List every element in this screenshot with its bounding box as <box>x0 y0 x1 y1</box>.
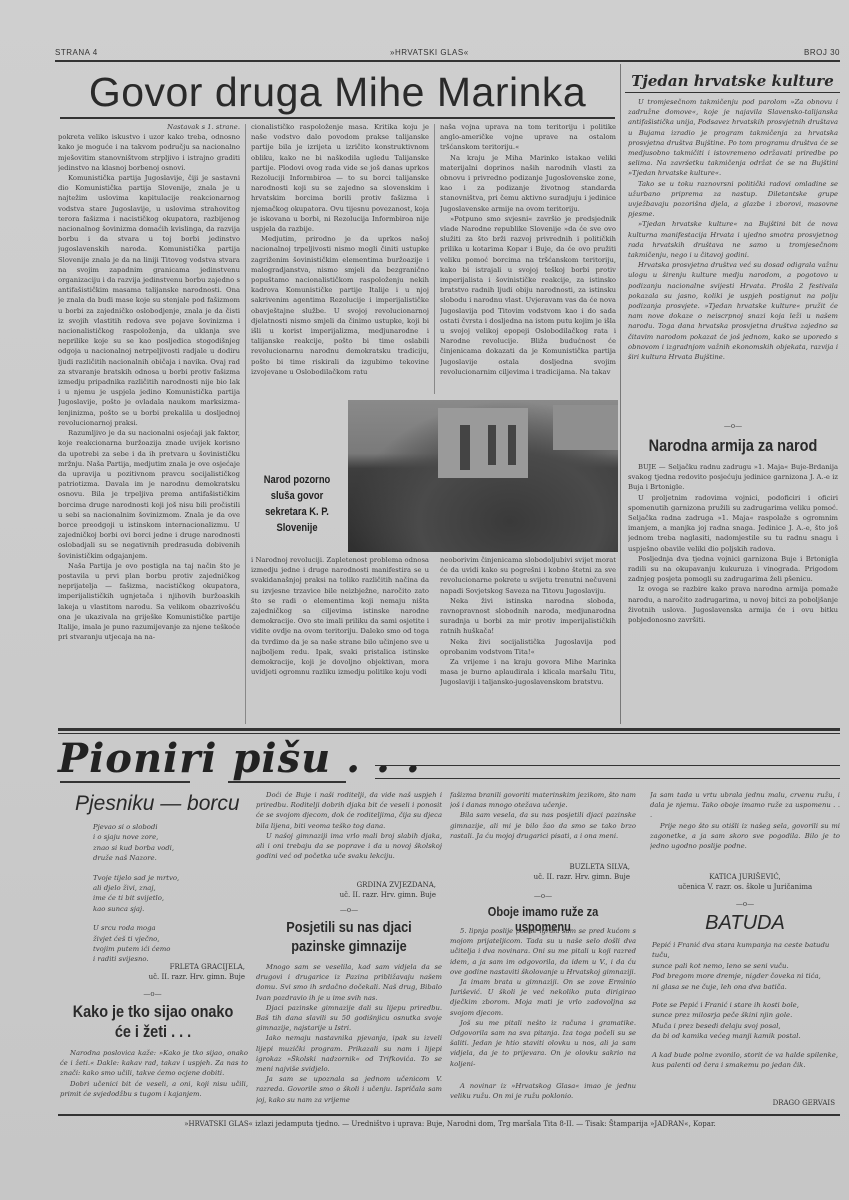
section-divider: —o— <box>60 990 245 998</box>
verse-line: ni glasa se ne čuje, leh ona dva batiča. <box>652 982 840 992</box>
side-rule <box>625 92 840 93</box>
crowd-photo <box>348 400 618 552</box>
oboje-signature: KATICA JURIŠEVIĆ, učenica V. razr. os. š… <box>650 872 840 892</box>
paragraph: pokreta veliko iskustvo i uzor kako treb… <box>58 132 240 173</box>
author-school: uč. II. razr. Hrv. gimn. Buje <box>60 972 245 982</box>
paragraph: Bila sam vesela, da su nas posjetili dja… <box>450 810 636 841</box>
posjetili-headline: Posjetili su nas djaci pazinske gimnazij… <box>270 918 428 956</box>
footer-rule <box>58 1114 840 1116</box>
main-headline: Govor druga Mihe Marinka <box>60 68 615 116</box>
headline-rule <box>375 778 840 779</box>
paragraph: Ja sam tada u vrtu ubrala jednu malu, cr… <box>650 790 840 821</box>
verse-line: Pepić i Franić dva stara kumpanja na ces… <box>652 940 840 961</box>
paragraph: Na kraju je Miha Marinko istakao veliki … <box>440 153 616 214</box>
verse-line: i o sjaju nove zore, <box>93 832 243 842</box>
oboje-article: 5. lipnja poslije podne igrala sam se pr… <box>450 926 636 1116</box>
section-rule-thin <box>58 733 840 734</box>
verse-line: da bi od kamika većeg manji kamik postal… <box>652 1031 840 1041</box>
side-article-kultura: U tromjesečnom takmičenju pod parolom »Z… <box>628 97 838 397</box>
paragraph: Naša Partija je ovo postigla na taj nači… <box>58 561 240 643</box>
paragraph: i Narodnoj revoluciji. Zapletenost probl… <box>251 555 429 677</box>
author-name: DRAGO GERVAIS <box>650 1098 835 1108</box>
verse-line: druže naš Nazore. <box>93 853 243 863</box>
page-number: STRANA 4 <box>55 48 98 57</box>
headline-underline <box>60 781 190 783</box>
verse-line: Pod bregom more dremje, nigder čoveka ni… <box>652 971 840 981</box>
paragraph: Neka živi istinska narodna sloboda, ravn… <box>440 596 616 637</box>
paragraph: Doći će Buje i naši roditelji, da vide n… <box>256 790 442 831</box>
batuda-signature: DRAGO GERVAIS <box>650 1098 835 1108</box>
newspaper-page: STRANA 4 »HRVATSKI GLAS« BROJ 30 Govor d… <box>0 0 849 1200</box>
author-name: KATICA JURIŠEVIĆ, <box>650 872 840 882</box>
kako-article: Narodna poslovica kaže: »Kako je tko sij… <box>60 1048 248 1114</box>
continuation-note: Nastavak s 1. strane. <box>58 122 240 132</box>
verse-line: sunce prez milosrja peče škini njin gole… <box>652 1010 840 1020</box>
section-divider: —o— <box>628 422 838 430</box>
section-divider: —o— <box>650 900 840 908</box>
paragraph: Za vrijeme i na kraju govora Mihe Marink… <box>440 657 616 688</box>
window <box>460 425 470 470</box>
author-school: uč. II. razr. Hrv. gimn. Buje <box>256 890 436 900</box>
section-divider: —o— <box>450 892 636 900</box>
side-headline-armija: Narodna armija za narod <box>644 436 823 456</box>
posjetili-signature: BUZLETA SILVA, uč. II. razr. Hrv. gimn. … <box>450 862 630 882</box>
paragraph: U proljetnim radovima vojnici, podoficir… <box>628 493 838 554</box>
paragraph: fašizma branili govoriti materinskim jez… <box>450 790 636 810</box>
section-divider: —o— <box>256 906 442 914</box>
paragraph: Tako se u toku raznovrsni politički rado… <box>628 179 838 220</box>
gimnazija-intro: Doći će Buje i naši roditelji, da vide n… <box>256 790 442 876</box>
verse-line: Pjevao si o slobodi <box>93 822 243 832</box>
paragraph: 5. lipnja poslije podne igrala sam se pr… <box>450 926 636 977</box>
paragraph: »Tjedan hrvatske kulture« na Bujštini bi… <box>628 219 838 260</box>
author-name: FRLETA GRACIJELA, <box>60 962 245 972</box>
author-school: učenica V. razr. os. škole u Juričanima <box>650 882 840 892</box>
verse-line: tvojim putem ići ćemo <box>93 944 243 954</box>
window <box>508 425 516 465</box>
side-headline-kultura: Tjedan hrvatske kulture <box>625 72 840 90</box>
headline-rule <box>60 117 615 119</box>
posjetili-article: Mnogo sam se veselila, kad sam vidjela d… <box>256 962 442 1118</box>
verse-line: Pote se Pepić i Franić i stare ih kosti … <box>652 1000 840 1010</box>
headline-rule <box>375 765 840 766</box>
posjetili-continued: fašizma branili govoriti materinskim jez… <box>450 790 636 854</box>
window <box>488 425 496 465</box>
paragraph: Iako nemaju nastavnika pjevanja, ipak su… <box>256 1033 442 1074</box>
verse-line: ali djelo živi, znaj, <box>93 883 243 893</box>
column-rule <box>434 124 435 394</box>
author-name: GRDINA ZVJEZDANA, <box>256 880 436 890</box>
verse-line: sunce pali kot nemo, leno se seni vuču. <box>652 961 840 971</box>
verse-line: kus palenti od čera i smakemu po jedan č… <box>652 1060 840 1070</box>
paragraph: »Potpuno smo svjesni« završio je predsje… <box>440 214 616 377</box>
paragraph: U našoj gimnaziji ima vrlo mali broj sla… <box>256 831 442 862</box>
paragraph: Ja imam brata u gimnaziji. On se zove Er… <box>450 977 636 1018</box>
batuda-poem: Pepić i Franić dva stara kumpanja na ces… <box>652 940 840 1070</box>
paragraph: Razumljivo je da su nacionalni osjećaji … <box>58 428 240 561</box>
main-article-column-2-bottom: i Narodnoj revoluciji. Zapletenost probl… <box>251 555 429 725</box>
poem-title: Pjesniku — borcu <box>75 792 240 816</box>
paragraph: Još su me pitali nešto iz računa i grama… <box>450 1018 636 1069</box>
poem-signature: FRLETA GRACIJELA, uč. II. razr. Hrv. gim… <box>60 962 245 982</box>
section-rule <box>58 728 840 731</box>
paragraph: Prije nego što su otišli iz našeg sela, … <box>650 821 840 852</box>
verse-line: znao si kud borba vodi, <box>93 843 243 853</box>
paragraph: Djaci pazinske gimnazije dali su lijepu … <box>256 1003 442 1034</box>
main-article-column-3: naša vojna uprava na tom teritoriju i po… <box>440 122 616 398</box>
kako-headline: Kako je tko sijao onako će i žeti . . . <box>72 1002 234 1042</box>
caption-line: Narod pozorno <box>259 472 336 488</box>
paragraph: Medjutim, prirodno je da uprkos našoj na… <box>251 234 429 377</box>
author-name: BUZLETA SILVA, <box>450 862 630 872</box>
main-article-column-3-bottom: neoborivim činjenicama slobodoljubivi sv… <box>440 555 616 725</box>
paper-title: »HRVATSKI GLAS« <box>390 48 469 57</box>
paragraph: Hrvatska prosvjetna društva već su dosad… <box>628 260 838 362</box>
header-rule <box>55 60 840 62</box>
paragraph: Mnogo sam se veselila, kad sam vidjela d… <box>256 962 442 1003</box>
headline-underline <box>228 781 346 783</box>
verse-line: A kad bude polne zvonilo, storit će va h… <box>652 1050 840 1060</box>
paragraph: Neka živi socijalistička Jugoslavija pod… <box>440 637 616 657</box>
verse-line: živjet ćeš ti vječno, <box>93 934 243 944</box>
intro-signature: GRDINA ZVJEZDANA, uč. II. razr. Hrv. gim… <box>256 880 436 900</box>
paragraph: Iz ovoga se razbire kako prava narodna a… <box>628 584 838 625</box>
imprint-footer: »HRVATSKI GLAS« izlazi jedamputa tjedno.… <box>60 1120 840 1128</box>
verse-line: Tvoje tijelo sad je mrtvo, <box>93 873 243 883</box>
caption-line: sluša govor <box>259 488 336 504</box>
paragraph: A novinar iz »Hrvatskog Glasa« imao je j… <box>450 1081 636 1101</box>
verse-line: kao sunca sjaj. <box>93 904 243 914</box>
paragraph: Posljednja dva tjedna vojnici garnizona … <box>628 554 838 585</box>
paragraph: cionalističko raspoloženje masa. Kritika… <box>251 122 429 234</box>
main-article-column-2: cionalističko raspoloženje masa. Kritika… <box>251 122 429 398</box>
paragraph: U tromjesečnom takmičenju pod parolom »Z… <box>628 97 838 179</box>
paragraph: neoborivim činjenicama slobodoljubivi sv… <box>440 555 616 596</box>
issue-number: BROJ 30 <box>804 48 840 57</box>
caption-line: Slovenije <box>259 520 336 536</box>
pioneers-headline: Pioniri pišu . . . <box>58 735 421 782</box>
verse-line: ime će ti bit svijetlo, <box>93 893 243 903</box>
main-article-column-1: Nastavak s 1. strane. pokreta veliko isk… <box>58 122 240 730</box>
paragraph: Dobri učenici bit će veseli, a oni, koji… <box>60 1079 248 1099</box>
paragraph: naša vojna uprava na tom teritoriju i po… <box>440 122 616 153</box>
oboje-continued: Ja sam tada u vrtu ubrala jednu malu, cr… <box>650 790 840 854</box>
paragraph: Narodna poslovica kaže: »Kako je tko sij… <box>60 1048 248 1079</box>
column-rule <box>245 124 246 724</box>
building <box>553 405 618 450</box>
paragraph: Ja sam se upoznala sa jednom učenicom V.… <box>256 1074 442 1105</box>
paragraph: BUJE — Seljačku radnu zadrugu »1. Maja« … <box>628 462 838 493</box>
batuda-title: BATUDA <box>650 912 840 935</box>
caption-line: sekretara K. P. <box>259 504 336 520</box>
author-school: uč. II. razr. Hrv. gimn. Buje <box>450 872 630 882</box>
verse-line: U srcu roda moga <box>93 923 243 933</box>
column-rule <box>620 64 621 724</box>
paragraph: Komunistička partija Jugoslavije, čiji j… <box>58 173 240 428</box>
side-article-armija: BUJE — Seljačku radnu zadrugu »1. Maja« … <box>628 462 838 712</box>
photo-caption: Narod pozorno sluša govor sekretara K. P… <box>259 472 336 536</box>
poem-body: Pjevao si o slobodi i o sjaju nove zore,… <box>93 822 243 965</box>
verse-line: Muča i prez besedi delaju svoj posal, <box>652 1021 840 1031</box>
